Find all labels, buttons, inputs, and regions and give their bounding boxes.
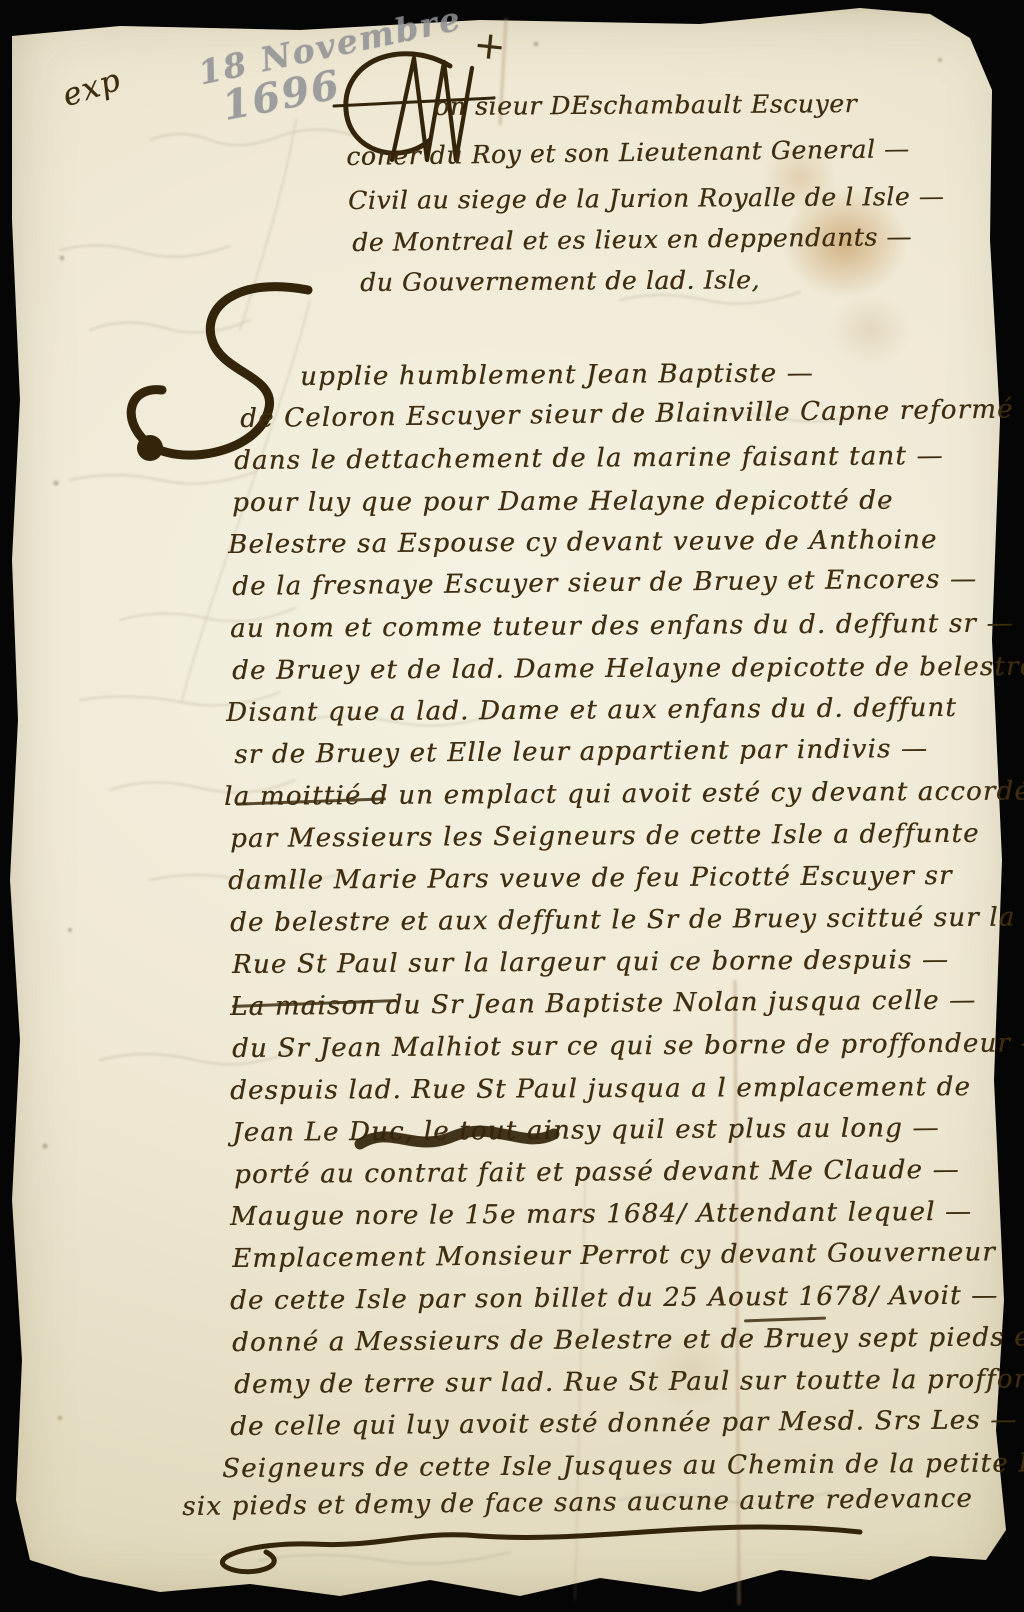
body-line: Maugue nore le 15e mars 1684/ Attendant … bbox=[230, 1197, 972, 1232]
body-line: au nom et comme tuteur des enfans du d. … bbox=[230, 609, 1014, 644]
body-line: demy de terre sur lad. Rue St Paul sur t… bbox=[234, 1364, 1024, 1400]
header-line: du Gouvernement de lad. Isle, bbox=[360, 265, 760, 297]
header-line: on sieur DEschambault Escuyer bbox=[434, 89, 857, 121]
body-line: la moittié d un emplact qui avoit esté c… bbox=[224, 776, 1024, 812]
body-line: porté au contrat fait et passé devant Me… bbox=[234, 1155, 960, 1190]
body-line: dans le dettachement de la marine faisan… bbox=[234, 441, 944, 476]
signature-flourish bbox=[170, 1512, 890, 1582]
body-line: Belestre sa Espouse cy devant veuve de A… bbox=[228, 525, 938, 560]
body-line: Rue St Paul sur la largeur qui ce borne … bbox=[232, 945, 949, 980]
body-line: upplie humblement Jean Baptiste — bbox=[300, 358, 814, 392]
body-line: du Sr Jean Malhiot sur ce qui se borne d… bbox=[232, 1028, 1024, 1064]
body-line: Jean Le Duc, le tout ainsy quil est plus… bbox=[232, 1113, 940, 1148]
body-line: de belestre et aux deffunt le Sr de Brue… bbox=[230, 903, 1016, 938]
header-line: de Montreal et es lieux en deppendants — bbox=[352, 222, 912, 257]
manuscript-scan: 18 Novembre 1696 exp + on sieur DEschamb… bbox=[0, 0, 1024, 1612]
body-line: Seigneurs de cette Isle Jusques au Chemi… bbox=[222, 1448, 1024, 1484]
body-line: pour luy que pour Dame Helayne depicotté… bbox=[232, 486, 894, 518]
body-line: de Bruey et de lad. Dame Helayne depicot… bbox=[232, 652, 1024, 686]
body-line: donné a Messieurs de Belestre et de Brue… bbox=[232, 1322, 1024, 1358]
body-line: despuis lad. Rue St Paul jusqua a l empl… bbox=[230, 1072, 971, 1106]
body-line: sr de Bruey et Elle leur appartient par … bbox=[234, 734, 928, 770]
ink-blot-crossout bbox=[352, 1118, 562, 1163]
body-line: damlle Marie Pars veuve de feu Picotté E… bbox=[228, 861, 953, 896]
body-line: Disant que a lad. Dame et aux enfans du … bbox=[226, 693, 957, 728]
body-line: de cette Isle par son billet du 25 Aoust… bbox=[230, 1281, 998, 1316]
body-line: par Messieurs les Seigneurs de cette Isl… bbox=[230, 819, 980, 854]
header-line: Civil au siege de la Jurion Royalle de l… bbox=[348, 182, 944, 215]
